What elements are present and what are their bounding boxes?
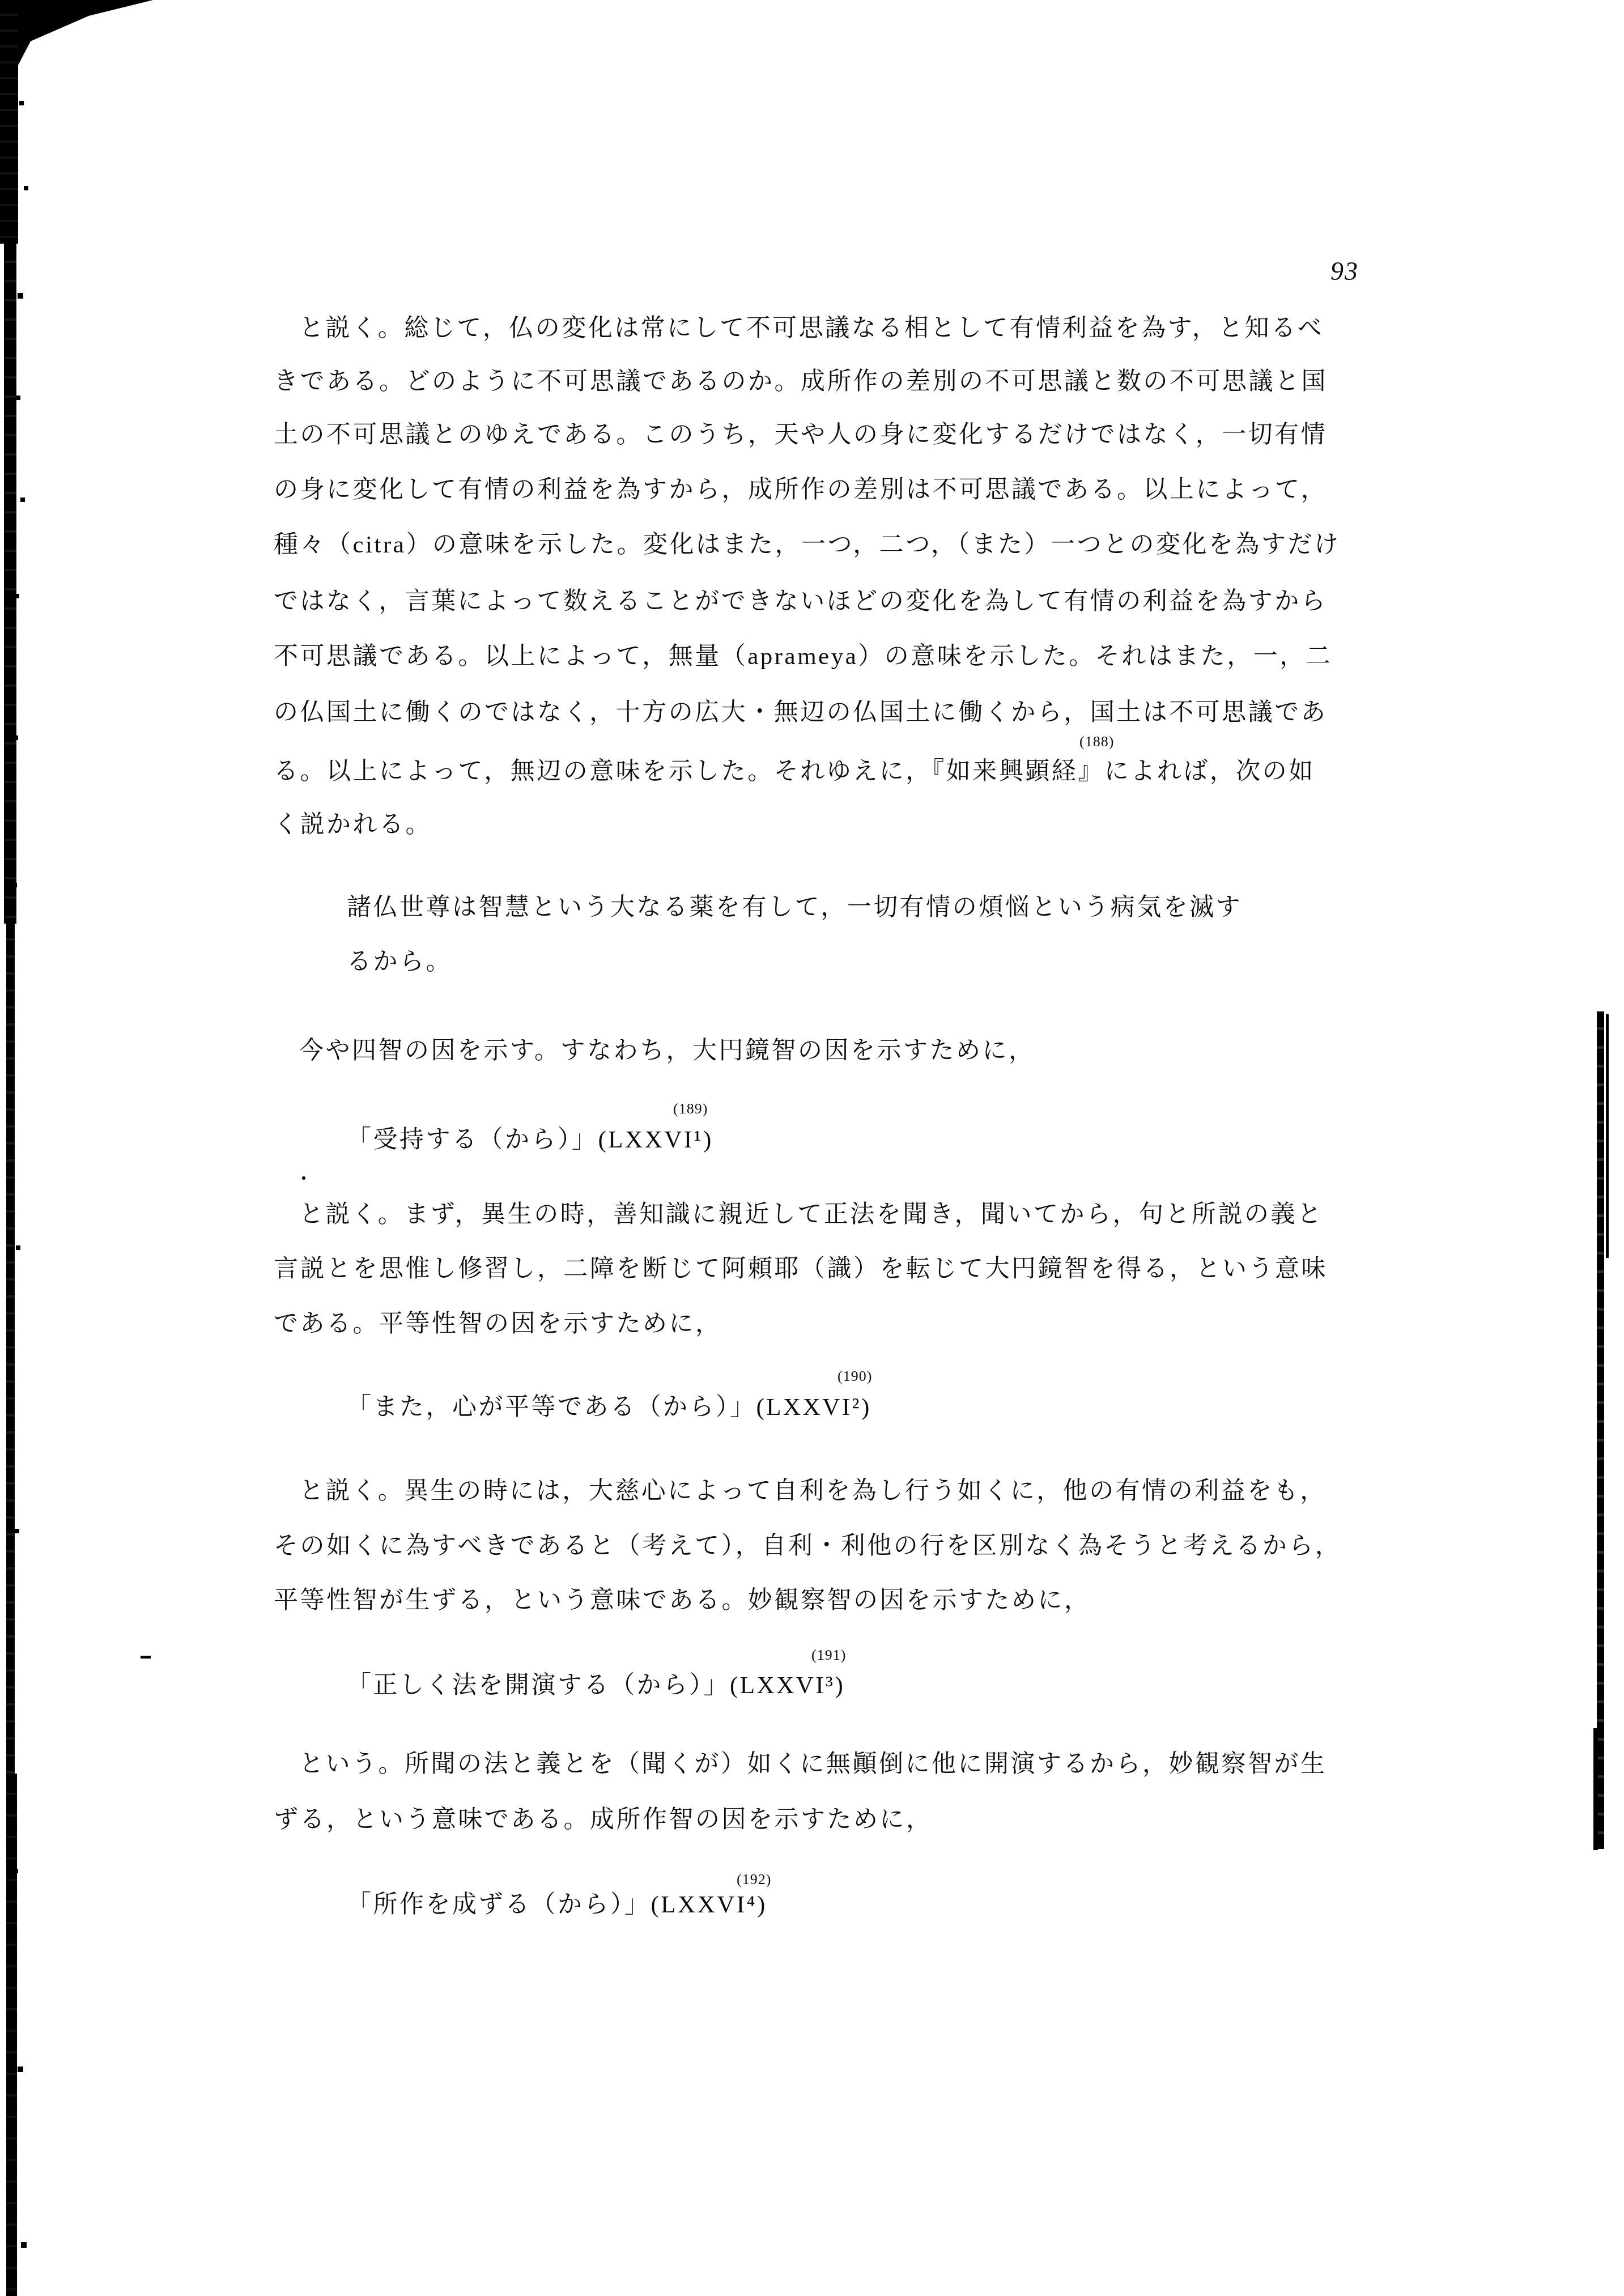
scan-artifact-left-strip xyxy=(6,924,15,1774)
scan-artifact-topleft-wedge xyxy=(0,0,153,79)
body-line: である。平等性智の因を示すために， xyxy=(274,1312,722,1336)
body-line: という。所聞の法と義とを（聞くが）如くに無顚倒に他に開演するから，妙観察智が生 xyxy=(299,1752,1327,1776)
quote-line: 「受持する（から）」(LXXVI¹) xyxy=(347,1128,713,1152)
body-line: る。以上によって，無辺の意味を示した。それゆえに，『如来興顕経』によれば，次の如 xyxy=(274,759,1315,784)
scan-artifact-right-strip xyxy=(1606,1014,1609,1258)
body-line: 土の不可思議とのゆえである。このうち，天や人の身に変化するだけではなく，一切有情 xyxy=(274,423,1327,447)
quote-line: 「また，心が平等である（から）」(LXXVI²) xyxy=(347,1395,871,1419)
body-line: 不可思議である。以上によって，無量（aprameya）の意味を示した。それはまた… xyxy=(274,644,1332,669)
body-line: く説かれる。 xyxy=(274,813,432,837)
body-line: 言説とを思惟し修習し，二障を断じて阿頼耶（識）を転じて大円鏡智を得る，という意味 xyxy=(274,1257,1328,1281)
footnote-ref-189: (189) xyxy=(673,1102,708,1116)
body-line: 今や四智の因を示す。すなわち，大円鏡智の因を示すために， xyxy=(299,1039,1035,1063)
scan-artifact-left-strip xyxy=(4,244,16,924)
body-line: と説く。総じて，仏の変化は常にして不可思議なる相として有情利益を為す，と知るべ xyxy=(299,316,1324,341)
scan-artifact-speck xyxy=(302,1176,305,1180)
quote-line: 「正しく法を開演する（から）」(LXXVI³) xyxy=(347,1673,845,1698)
body-line: の身に変化して有情の利益を為すから，成所作の差別は不可思議である。以上によって， xyxy=(274,478,1327,502)
body-line: 平等性智が生ずる，という意味である。妙観察智の因を示すために， xyxy=(274,1588,1091,1613)
body-line: と説く。まず，異生の時，善知識に親近して正法を聞き，聞いてから，句と所説の義と xyxy=(299,1202,1323,1227)
body-line: きである。どのように不可思議であるのか。成所作の差別の不可思議と数の不可思議と国 xyxy=(274,369,1328,394)
quote-line: 「所作を成ずる（から）」(LXXVI⁴) xyxy=(347,1893,767,1917)
page-number: 93 xyxy=(1330,256,1359,286)
body-line: その如くに為すべきであると（考えて），自利・利他の行を区別なく為そうと考えるから… xyxy=(274,1534,1341,1558)
body-line: の仏国土に働くのではなく，十方の広大・無辺の仏国土に働くから，国土は不可思議であ xyxy=(274,700,1327,725)
scan-artifact-right-strip xyxy=(1593,1728,1598,1850)
body-line: と説く。異生の時には，大慈心によって自利を為し行う如くに，他の有情の利益をも， xyxy=(299,1479,1327,1503)
footnote-ref-188: (188) xyxy=(1079,734,1114,749)
body-line: ずる，という意味である。成所作智の因を示すために， xyxy=(274,1808,933,1832)
scan-artifact-left-strip xyxy=(6,1774,17,2296)
quote-line: るから。 xyxy=(347,950,452,974)
quote-line: 諸仏世尊は智慧という大なる薬を有して，一切有情の煩悩という病気を滅す xyxy=(347,895,1242,920)
scanned-document-page: 93 と説く。総じて，仏の変化は常にして不可思議なる相として有情利益を為す，と知… xyxy=(0,0,1624,2296)
body-line: 種々（citra）の意味を示した。変化はまた，一つ，二つ，（また）一つとの変化を… xyxy=(274,533,1340,557)
footnote-ref-192: (192) xyxy=(737,1872,771,1887)
scan-artifact-right-strip xyxy=(1597,1011,1604,1849)
scan-artifact-speck xyxy=(141,1656,151,1659)
scan-artifact-noise xyxy=(0,0,2,2)
footnote-ref-191: (191) xyxy=(811,1648,846,1663)
body-line: ではなく，言葉によって数えることができないほどの変化を為して有情の利益を為すから xyxy=(274,589,1327,614)
scan-artifact-left-strip xyxy=(0,0,18,244)
footnote-ref-190: (190) xyxy=(837,1369,872,1384)
